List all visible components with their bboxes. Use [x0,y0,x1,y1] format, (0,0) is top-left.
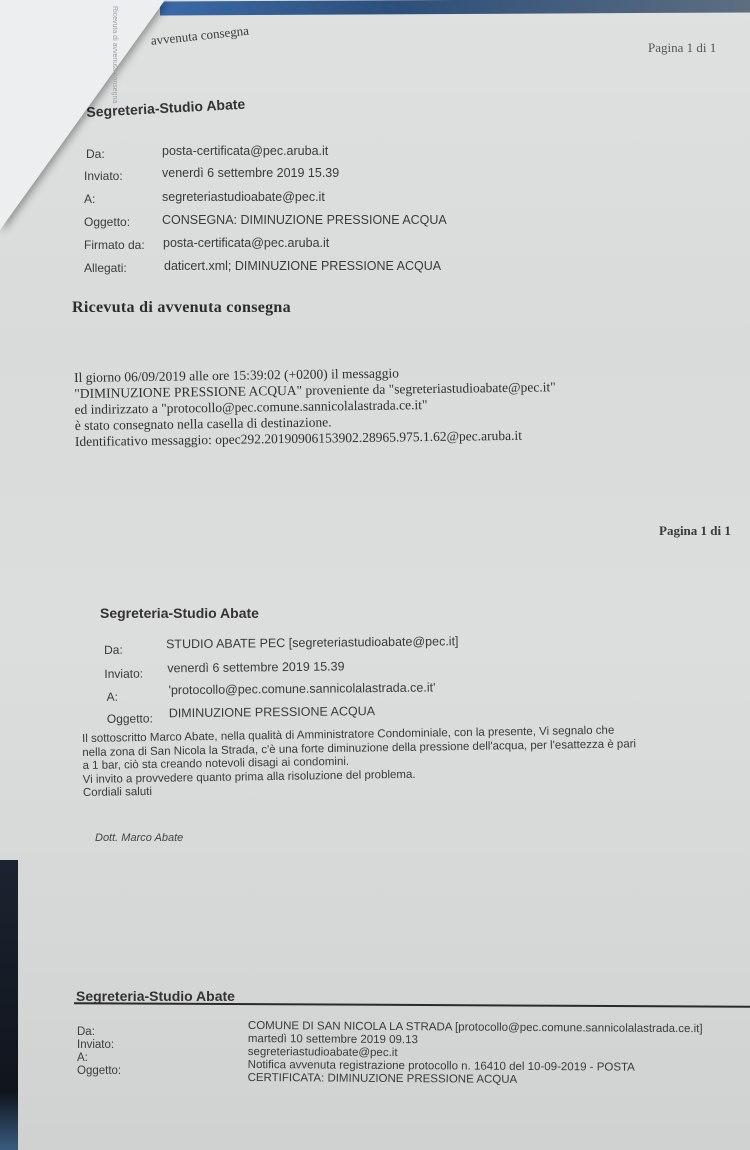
field-value-signed-by: posta-certificata@pec.aruba.it [163,236,329,250]
page1-page-indicator: Pagina 1 di 1 [648,40,716,56]
field-value-to: segreteriastudioabate@pec.it [162,190,325,204]
page2-sender: Segreteria-Studio Abate [100,605,259,621]
field-label-to: A: [77,1052,121,1065]
field-label-signed-by: Firmato da: [84,238,145,252]
field-label-attachments: Allegati: [84,261,127,275]
field-label-from: Da: [77,1026,121,1039]
receipt-body: Il giorno 06/09/2019 alle ore 15:39:02 (… [74,363,556,450]
field-value-from: posta-certificata@pec.aruba.it [162,144,328,158]
page2-body: Il sottoscritto Marco Abate, nella quali… [82,724,637,800]
page3-labels: Da: Inviato: A: Oggetto: [77,1026,121,1078]
fold-margin-text: Ricevuta di avvenuta consegna [111,6,118,103]
page2-page-indicator: Pagina 1 di 1 [659,523,731,539]
field-label-subject: Oggetto: [77,1065,121,1078]
page2-signature: Dott. Marco Abate [95,832,183,844]
field-label-sent: Inviato: [104,667,143,681]
field-value-sent: venerdì 6 settembre 2019 15.39 [167,659,344,675]
folded-corner [0,0,165,230]
background-edge [0,860,18,1150]
field-label-to: A: [107,690,118,704]
field-label-subject: Oggetto: [107,711,153,725]
field-value-subject: CONSEGNA: DIMINUZIONE PRESSIONE ACQUA [162,213,447,227]
field-value-attachments: daticert.xml; DIMINUZIONE PRESSIONE ACQU… [164,259,441,273]
receipt-title: Ricevuta di avvenuta consegna [72,299,291,317]
page3-values: COMUNE DI SAN NICOLA LA STRADA [protocol… [248,1020,703,1088]
field-value-to: 'protocollo@pec.comune.sannicolalastrada… [168,680,435,697]
field-value-sent: venerdì 6 settembre 2019 15.39 [162,166,339,180]
field-label-from: Da: [104,643,123,657]
field-value-subject: DIMINUZIONE PRESSIONE ACQUA [169,704,375,720]
field-label-sent: Inviato: [77,1039,121,1052]
